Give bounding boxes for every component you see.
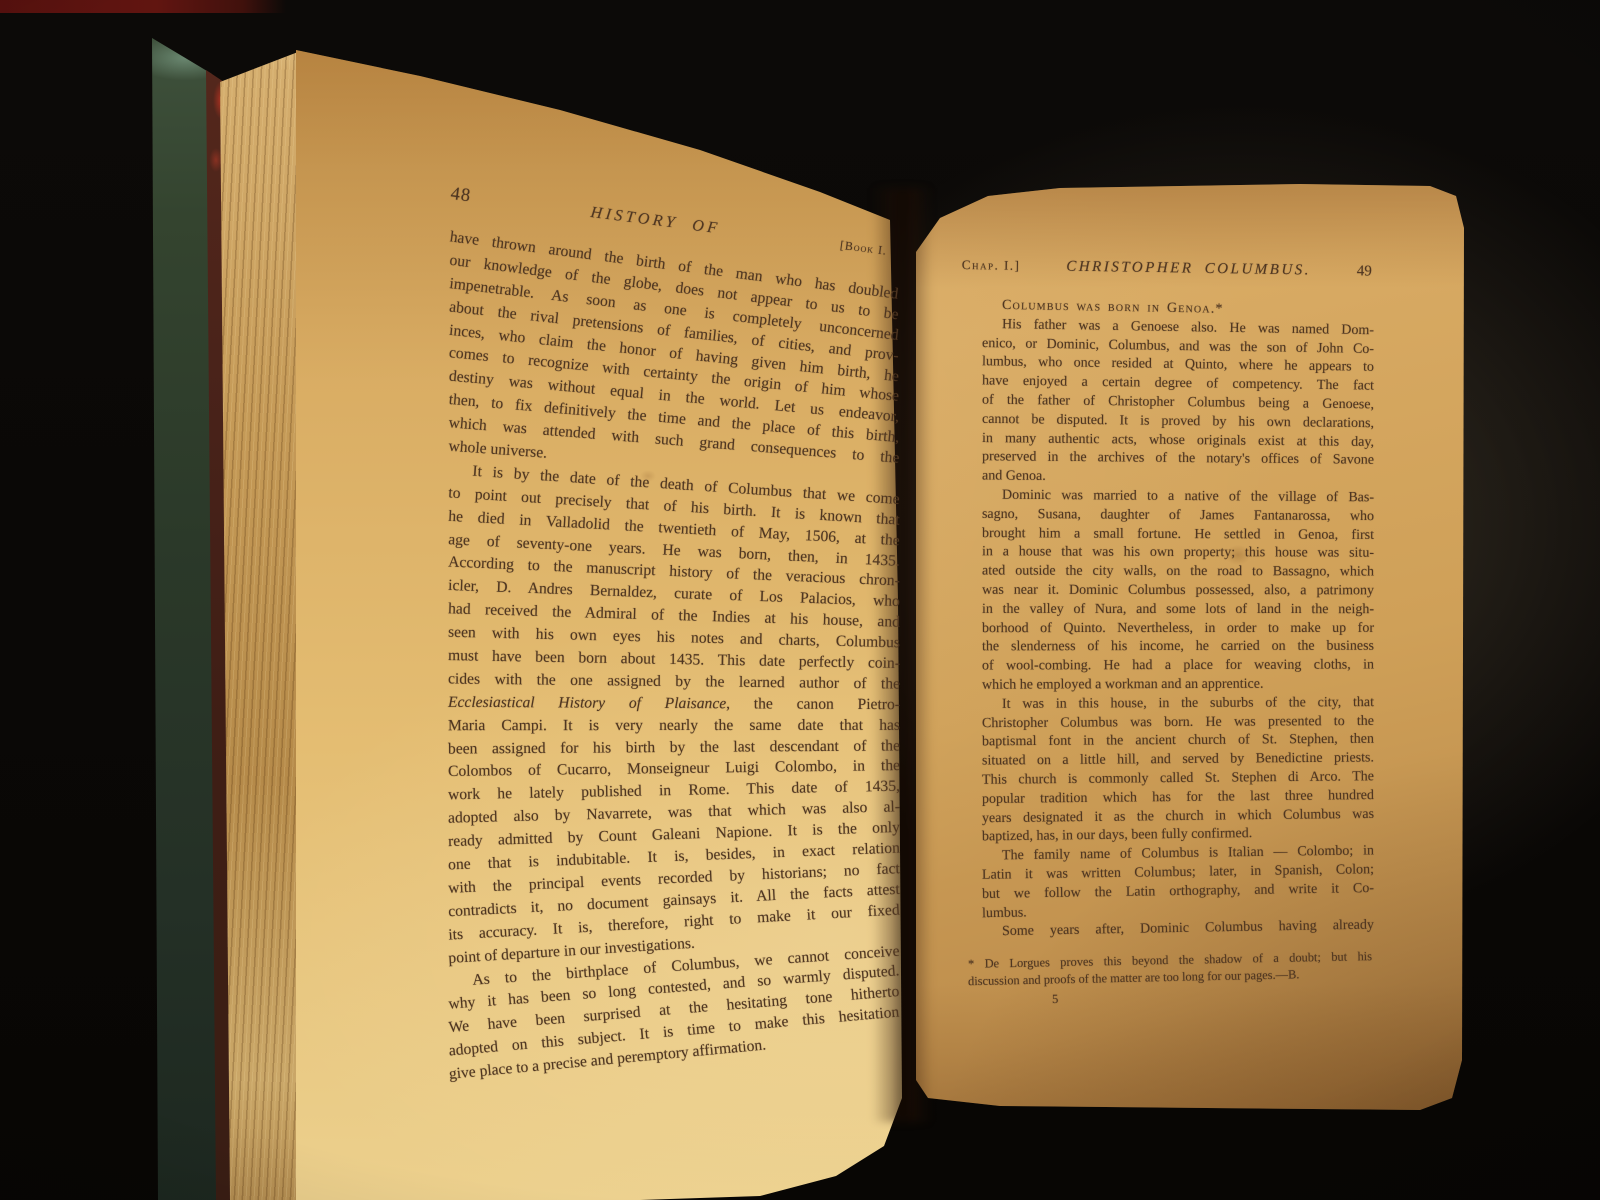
- text-line: in a house that was his own property; th…: [982, 544, 1374, 564]
- chapter-label: Chap. I.]: [962, 257, 1021, 274]
- left-page-number: 48: [449, 184, 472, 207]
- text-line: was near it. Dominic Columbus possessed,…: [982, 582, 1374, 601]
- right-page-text: Columbus was born in Genoa.*His father w…: [982, 300, 1374, 939]
- footnote: * De Lorgues proves this beyond the shad…: [968, 952, 1372, 986]
- text-line: brought him a small fortune. He settled …: [982, 525, 1374, 546]
- book-photo: 48 HISTORY OF [Book I. have thrown aroun…: [0, 0, 1600, 1200]
- text-line: Dominic was married to a native of the v…: [982, 487, 1374, 508]
- text-line: sagno, Susana, daughter of James Fantana…: [982, 506, 1374, 527]
- text-line: ated outside the city walls, on the road…: [982, 563, 1374, 583]
- text-line: of wool-combing. He had a place for weav…: [982, 657, 1374, 677]
- right-page-number: 49: [1357, 263, 1372, 280]
- text-line: the slenderness of his income, he carrie…: [982, 638, 1374, 657]
- text-line: in the valley of Nura, and some lots of …: [982, 601, 1374, 620]
- signature-mark: 5: [1052, 992, 1059, 1007]
- shelf-edge: [0, 0, 286, 13]
- left-page-text: have thrown around the birth of the man …: [448, 255, 900, 1065]
- text-line: which he employed a workman and an appre…: [982, 675, 1374, 695]
- text-line: Ecclesiastical History of Plaisance, the…: [448, 692, 900, 716]
- text-line: Maria Campi. It is very nearly the same …: [448, 715, 900, 737]
- text-line: borhood of Quinto. Nevertheless, in orde…: [982, 619, 1374, 638]
- text-line: It was in this house, in the suburbs of …: [982, 694, 1374, 715]
